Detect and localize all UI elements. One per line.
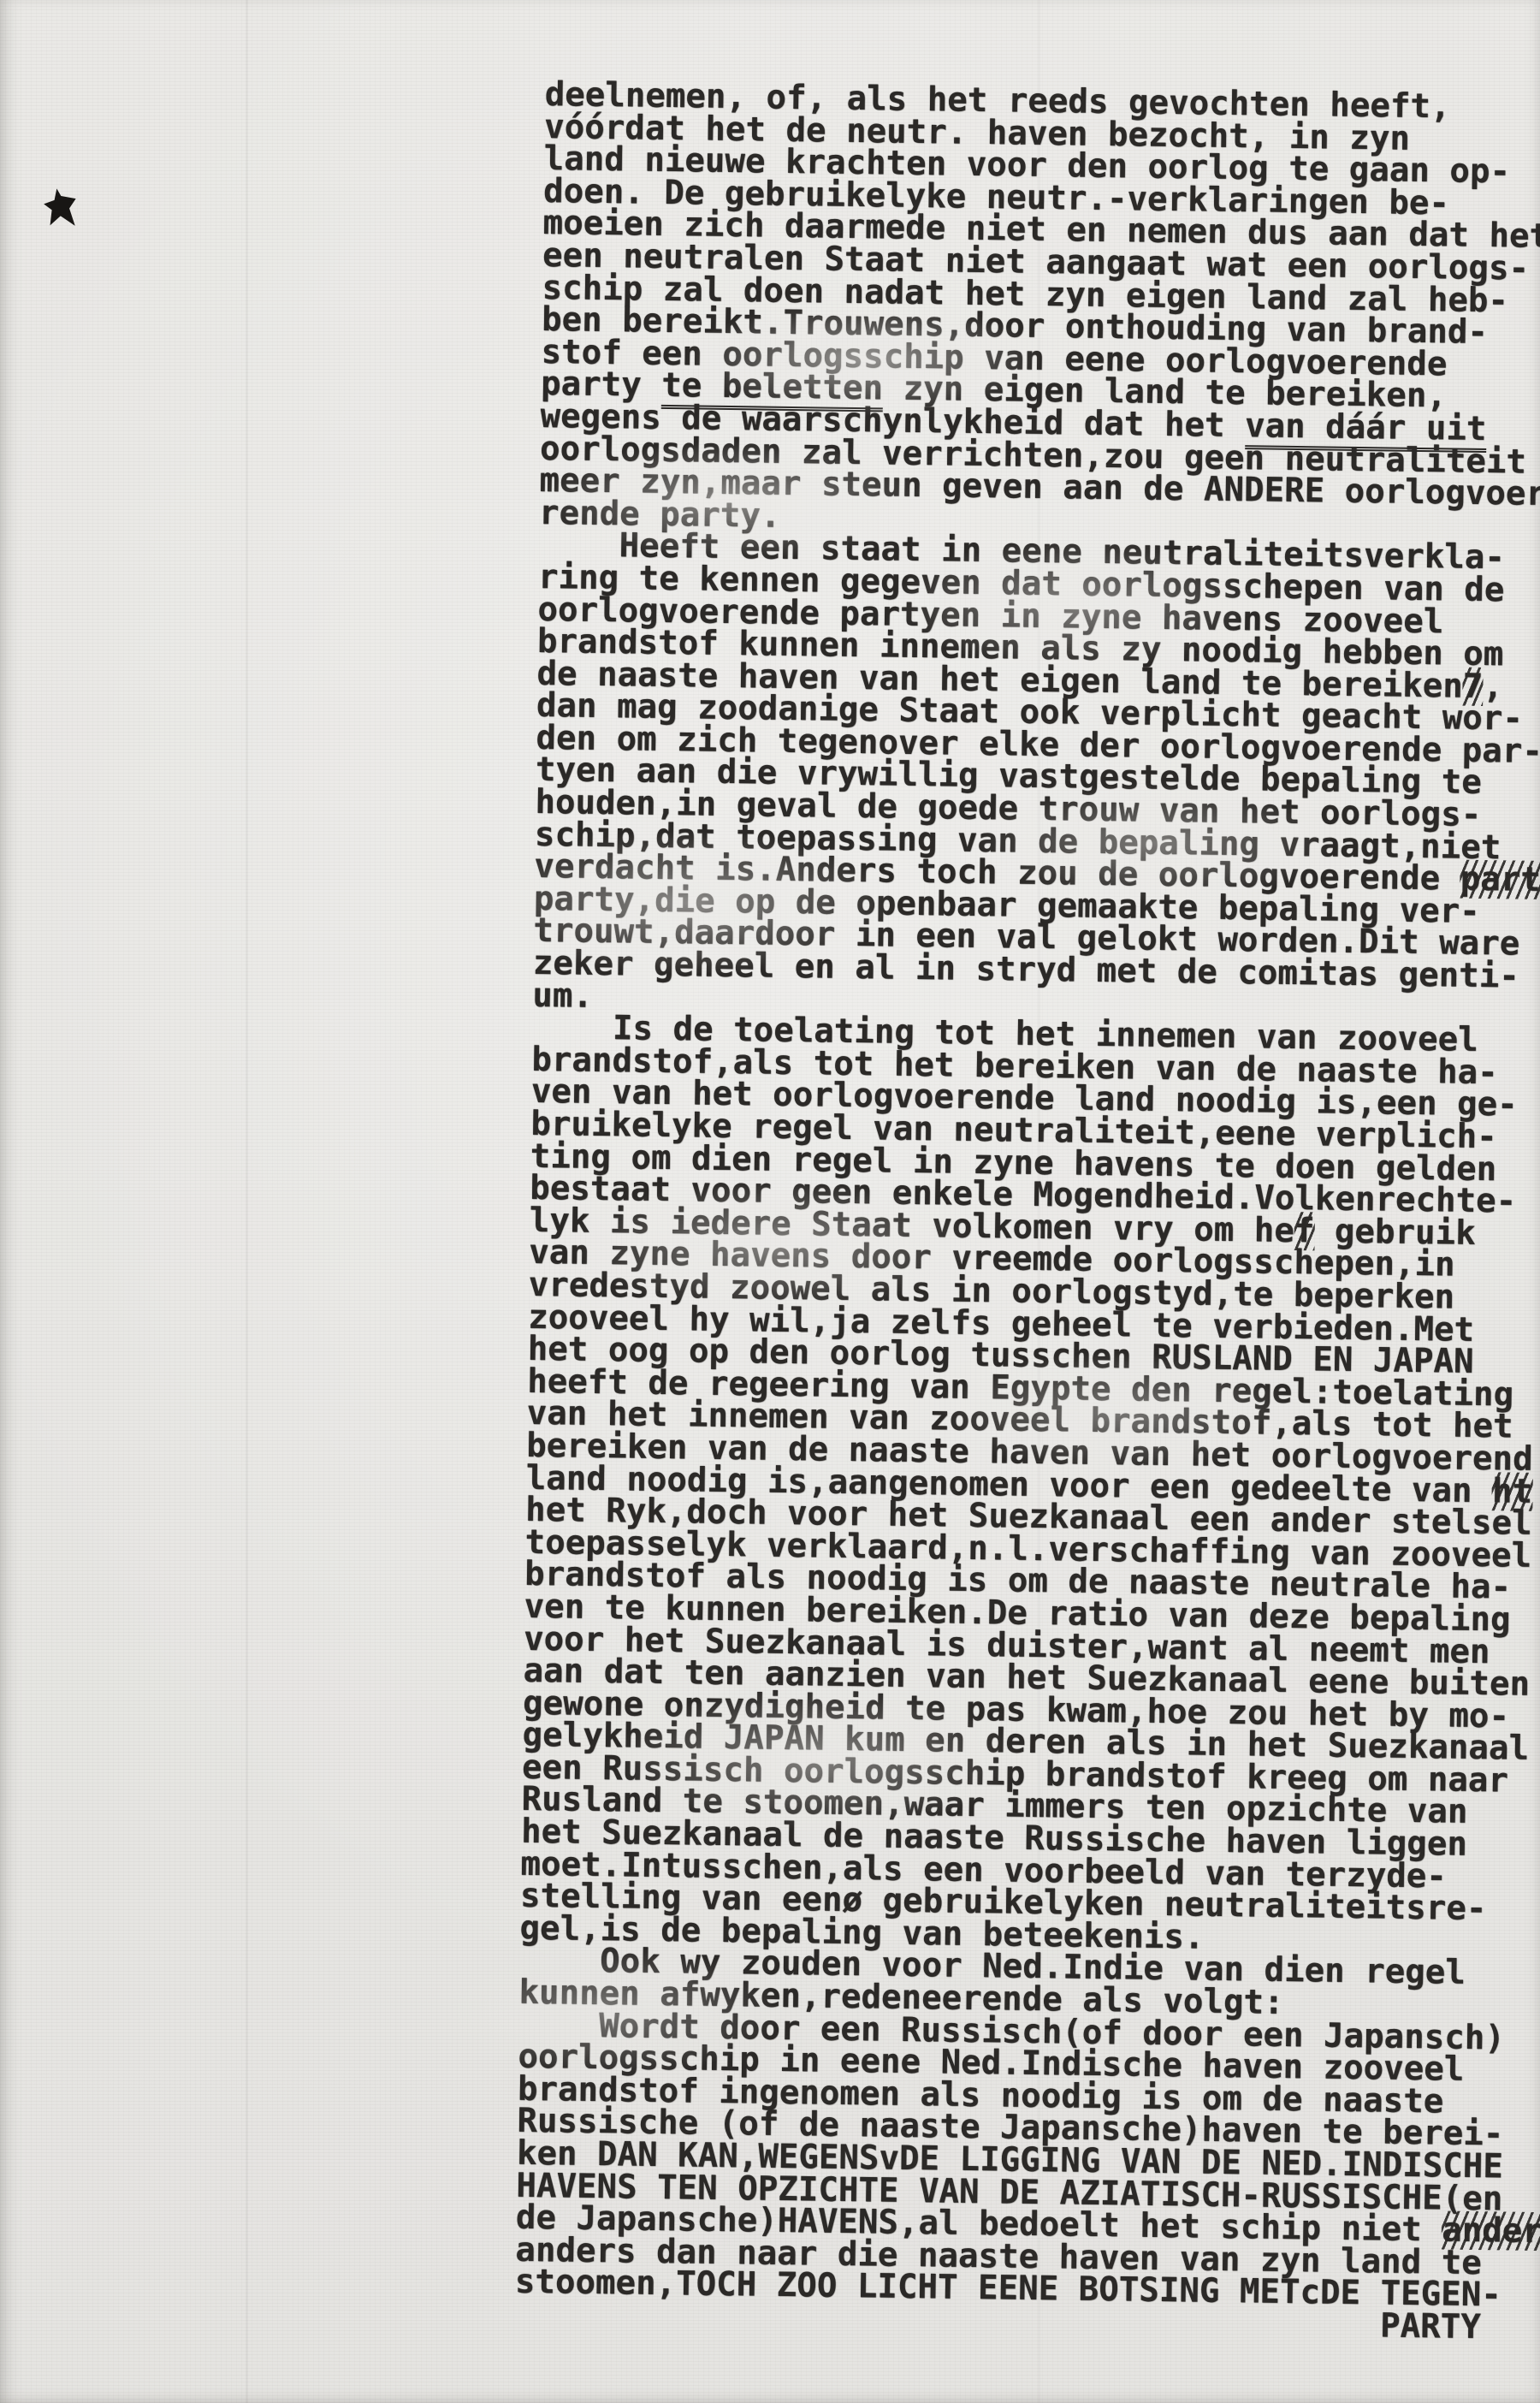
document-page: { "page": { "kind": "typewritten-scan", … [0, 0, 1540, 2403]
paper-background: deelnemen, of, als het reeds gevochten h… [0, 0, 1540, 2403]
ink-blot [42, 187, 80, 230]
paper-fold-line [246, 0, 248, 2403]
typewritten-text: deelnemen, of, als het reeds gevochten h… [514, 79, 1540, 2345]
